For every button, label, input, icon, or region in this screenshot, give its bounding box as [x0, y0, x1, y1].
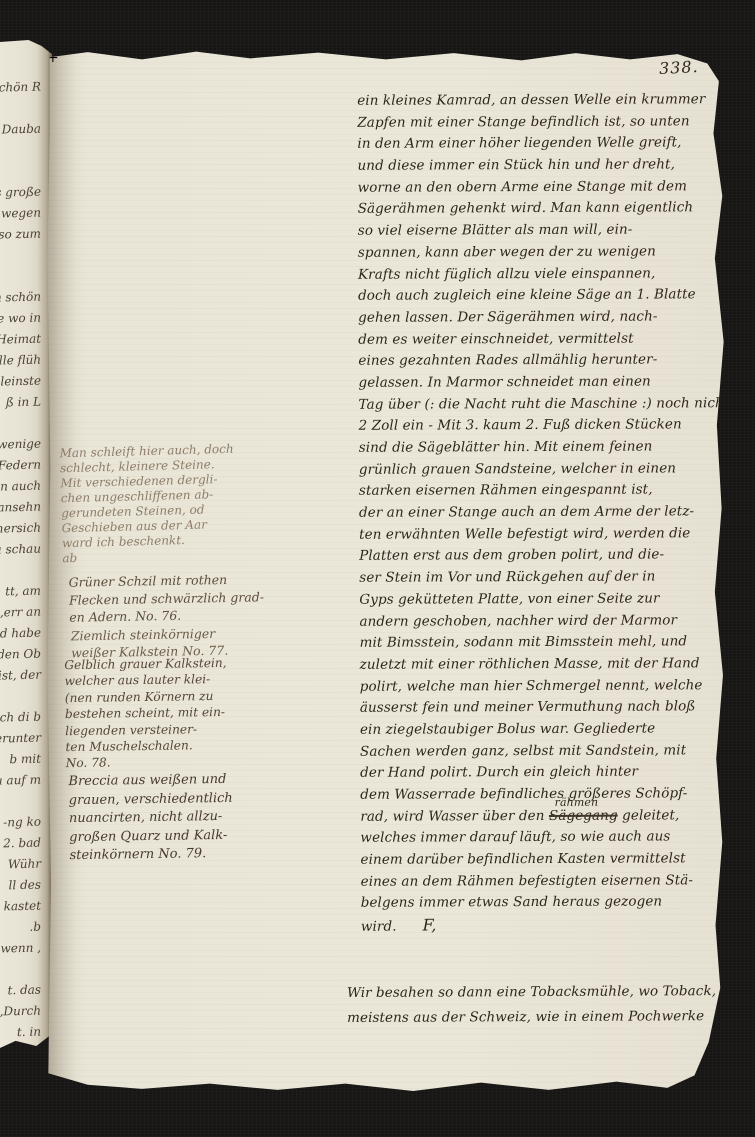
text-line: ten erwähnten Welle befestigt wird, werd…	[359, 523, 719, 546]
text-fragment: ifte schön R	[0, 77, 46, 99]
margin-note-line: en Adern. No. 76.	[69, 605, 264, 626]
margin-note-line: No. 78.	[66, 753, 229, 772]
text-fragment: den Ob	[0, 644, 46, 666]
text-line: starken eisernen Rähmen eingespannt ist,	[359, 480, 719, 503]
text-line: 2 Zoll ein - Mit 3. kaum 2. Fuß dicken S…	[359, 415, 719, 438]
closing-paragraph: Wir besahen so dann eine Tobacksmühle, w…	[347, 979, 747, 1031]
text-fragment: u auf m	[0, 770, 46, 792]
text-fragment: Lichersich	[0, 518, 46, 540]
text-line: ein kleines Kamrad, an dessen Welle ein …	[357, 89, 717, 112]
text-fragment: kleinste	[0, 371, 46, 393]
text-fragment	[0, 161, 46, 183]
text-line: Krafts nicht füglich allzu viele einspan…	[358, 263, 718, 286]
text-line: gelassen. In Marmor schneidet man einen	[358, 371, 718, 394]
text-line: Gyps gekütteten Platte, von einer Seite …	[359, 588, 719, 611]
main-text-block: ein kleines Kamrad, an dessen Welle ein …	[357, 89, 721, 936]
text-line: ein ziegelstaubiger Bolus war. Geglieder…	[360, 718, 720, 741]
text-line: worne an den obern Arme eine Stange mit …	[358, 176, 718, 199]
text-fragment: lle wo in	[0, 308, 46, 330]
correction-suffix: geleitet,	[618, 807, 680, 823]
text-line: meistens aus der Schweiz, wie in einem P…	[347, 1004, 747, 1031]
text-fragment: ng ko-	[0, 812, 46, 834]
text-line: in den Arm einer höher liegenden Welle g…	[357, 133, 717, 156]
margin-note-no78: Gelblich grauer Kalkstein,welcher aus la…	[64, 655, 228, 772]
struck-word: Sägegang	[549, 807, 618, 823]
text-fragment	[0, 791, 46, 813]
paragraph: ein kleines Kamrad, an dessen Welle ein …	[357, 89, 720, 806]
margin-note-line: Flecken und schwärzlich grad-	[69, 588, 264, 609]
text-line: belgens immer etwas Sand heraus gezogen	[361, 892, 721, 915]
text-line: dem es weiter einschneidet, vermittelst	[358, 328, 718, 351]
previous-page-edge: ifte schön Res, Dauba.ines großean d. we…	[0, 40, 52, 1050]
text-fragment: err an,	[0, 602, 46, 624]
margin-note-no79: Breccia aus weißen undgrauen, verschiede…	[68, 771, 233, 866]
text-line: spannen, kann aber wegen der zu wenigen	[358, 241, 718, 264]
text-fragment	[0, 245, 46, 267]
text-fragment: b mit	[0, 749, 46, 771]
text-line: der Hand polirt. Durch ein gleich hinter	[360, 762, 720, 785]
page-number: 338.	[659, 57, 700, 78]
text-line: grünlich grauen Sandsteine, welcher in e…	[359, 458, 719, 481]
text-fragment: nd habe	[0, 623, 46, 645]
text-fragment: n 2. bad	[0, 833, 46, 855]
text-fragment: b.	[0, 917, 46, 939]
text-line: und diese immer ein Stück hin und her dr…	[357, 154, 717, 177]
text-line: zuletzt mit einer röthlichen Masse, mit …	[360, 653, 720, 676]
margin-note-line: Breccia aus weißen und	[68, 771, 232, 792]
text-fragment: Wühr	[0, 854, 46, 876]
text-fragment: n ansehn	[0, 497, 46, 519]
paragraph-last-line: wird. F,	[361, 913, 721, 936]
correction-line: rad, wird Wasser über den Sägegang gelei…	[360, 805, 720, 828]
text-line: andern geschoben, nachher wird der Marmo…	[359, 610, 719, 633]
margin-note-line: steinkörnern No. 79.	[69, 845, 233, 866]
margin-note-line: grauen, verschiedentlich	[69, 789, 233, 810]
text-line: einem darüber befindlichen Kasten vermit…	[360, 848, 720, 871]
margin-note-line: nuancirten, nicht allzu-	[69, 808, 233, 829]
inserted-word: rähmen	[555, 796, 599, 807]
text-fragment: tt, am	[0, 581, 46, 603]
previous-page-text-fragments: ifte schön Res, Dauba.ines großean d. we…	[0, 56, 46, 1043]
text-fragment: olle flüh	[0, 350, 46, 372]
text-fragment	[0, 266, 46, 288]
text-fragment: an d. wegen	[0, 203, 46, 225]
text-line: der an einer Stange auch an dem Arme der…	[359, 501, 719, 524]
text-line: Platten erst aus dem groben polirt, und …	[359, 545, 719, 568]
text-line: ser Stein im Vor und Rückgehen auf der i…	[359, 566, 719, 589]
text-line: Wir besahen so dann eine Tobacksmühle, w…	[347, 979, 747, 1006]
text-line: dem Wasserrade befindliches größeres Sch…	[360, 783, 720, 806]
text-fragment: kastet	[0, 896, 46, 918]
text-fragment	[0, 56, 46, 78]
gutter-shadow	[47, 50, 77, 1092]
text-line: eines an dem Rähmen befestigten eisernen…	[361, 870, 721, 893]
text-fragment: r Heimat,	[0, 329, 46, 351]
text-fragment: ist, der,	[0, 665, 46, 687]
text-fragment	[0, 98, 46, 120]
margin-note-pencil: Man schleift hier auch, dochschlecht, kl…	[59, 442, 236, 567]
text-fragment: herunter.	[0, 728, 46, 750]
text-fragment: zu schau	[0, 539, 46, 561]
text-line: gehen lassen. Der Sägerähmen wird, nach-	[358, 306, 718, 329]
text-fragment: Durch,	[0, 1001, 46, 1023]
text-line: so viel eiserne Blätter als man will, ei…	[358, 219, 718, 242]
text-line: Zapfen mit einer Stange befindlich ist, …	[357, 111, 717, 134]
text-fragment: n schön	[0, 287, 46, 309]
text-line: äusserst fein und meiner Vermuthung nach…	[360, 696, 720, 719]
text-fragment: es, Dauba.	[0, 119, 46, 141]
text-fragment	[0, 959, 46, 981]
insertion-reference-mark: F,	[423, 915, 437, 937]
margin-note-line: bestehen scheint, mit ein-	[65, 704, 228, 723]
text-fragment	[0, 560, 46, 582]
text-fragment: so zum	[0, 224, 46, 246]
text-fragment: ch di b,	[0, 707, 46, 729]
text-fragment: l Federn	[0, 455, 46, 477]
text-fragment	[0, 686, 46, 708]
text-line: welches immer darauf läuft, so wie auch …	[360, 827, 720, 850]
margin-note-line: großen Quarz und Kalk-	[69, 826, 233, 847]
text-fragment: ines große	[0, 182, 46, 204]
text-line: Tag über (: die Nacht ruht die Maschine …	[358, 393, 718, 416]
text-line: Sägerähmen gehenkt wird. Man kann eigent…	[358, 198, 718, 221]
text-line: Sachen werden ganz, selbst mit Sandstein…	[360, 740, 720, 763]
text-fragment: ß in L	[0, 392, 46, 414]
text-line: polirt, welche man hier Schmergel nennt,…	[360, 675, 720, 698]
text-fragment: , wenn	[0, 938, 46, 960]
text-line: sind die Sägeblätter hin. Mit einem fein…	[359, 436, 719, 459]
margin-note-no76: Grüner Schzil mit rothenFlecken und schw…	[69, 570, 265, 626]
text-line: doch auch zugleich eine kleine Säge an 1…	[358, 284, 718, 307]
text-fragment: ll des	[0, 875, 46, 897]
margin-note-line: welcher aus lauter klei-	[64, 671, 227, 690]
text-line: mit Bimsstein, sodann mit Bimsstein mehl…	[360, 631, 720, 654]
text-fragment: hn auch	[0, 476, 46, 498]
manuscript-page: 338. ein kleines Kamrad, an dessen Welle…	[47, 50, 725, 1092]
text-fragment: t. das	[0, 980, 46, 1002]
last-word: wird.	[361, 917, 397, 939]
correction-prefix: rad, wird Wasser über den	[360, 808, 549, 825]
text-fragment	[0, 140, 46, 162]
text-fragment: t. in	[0, 1022, 46, 1044]
text-line: eines gezahnten Rades allmählig herunter…	[358, 349, 718, 372]
paragraph-continuation: welches immer darauf läuft, so wie auch …	[360, 827, 720, 915]
text-fragment: s wenige	[0, 434, 46, 456]
text-fragment	[0, 413, 46, 435]
